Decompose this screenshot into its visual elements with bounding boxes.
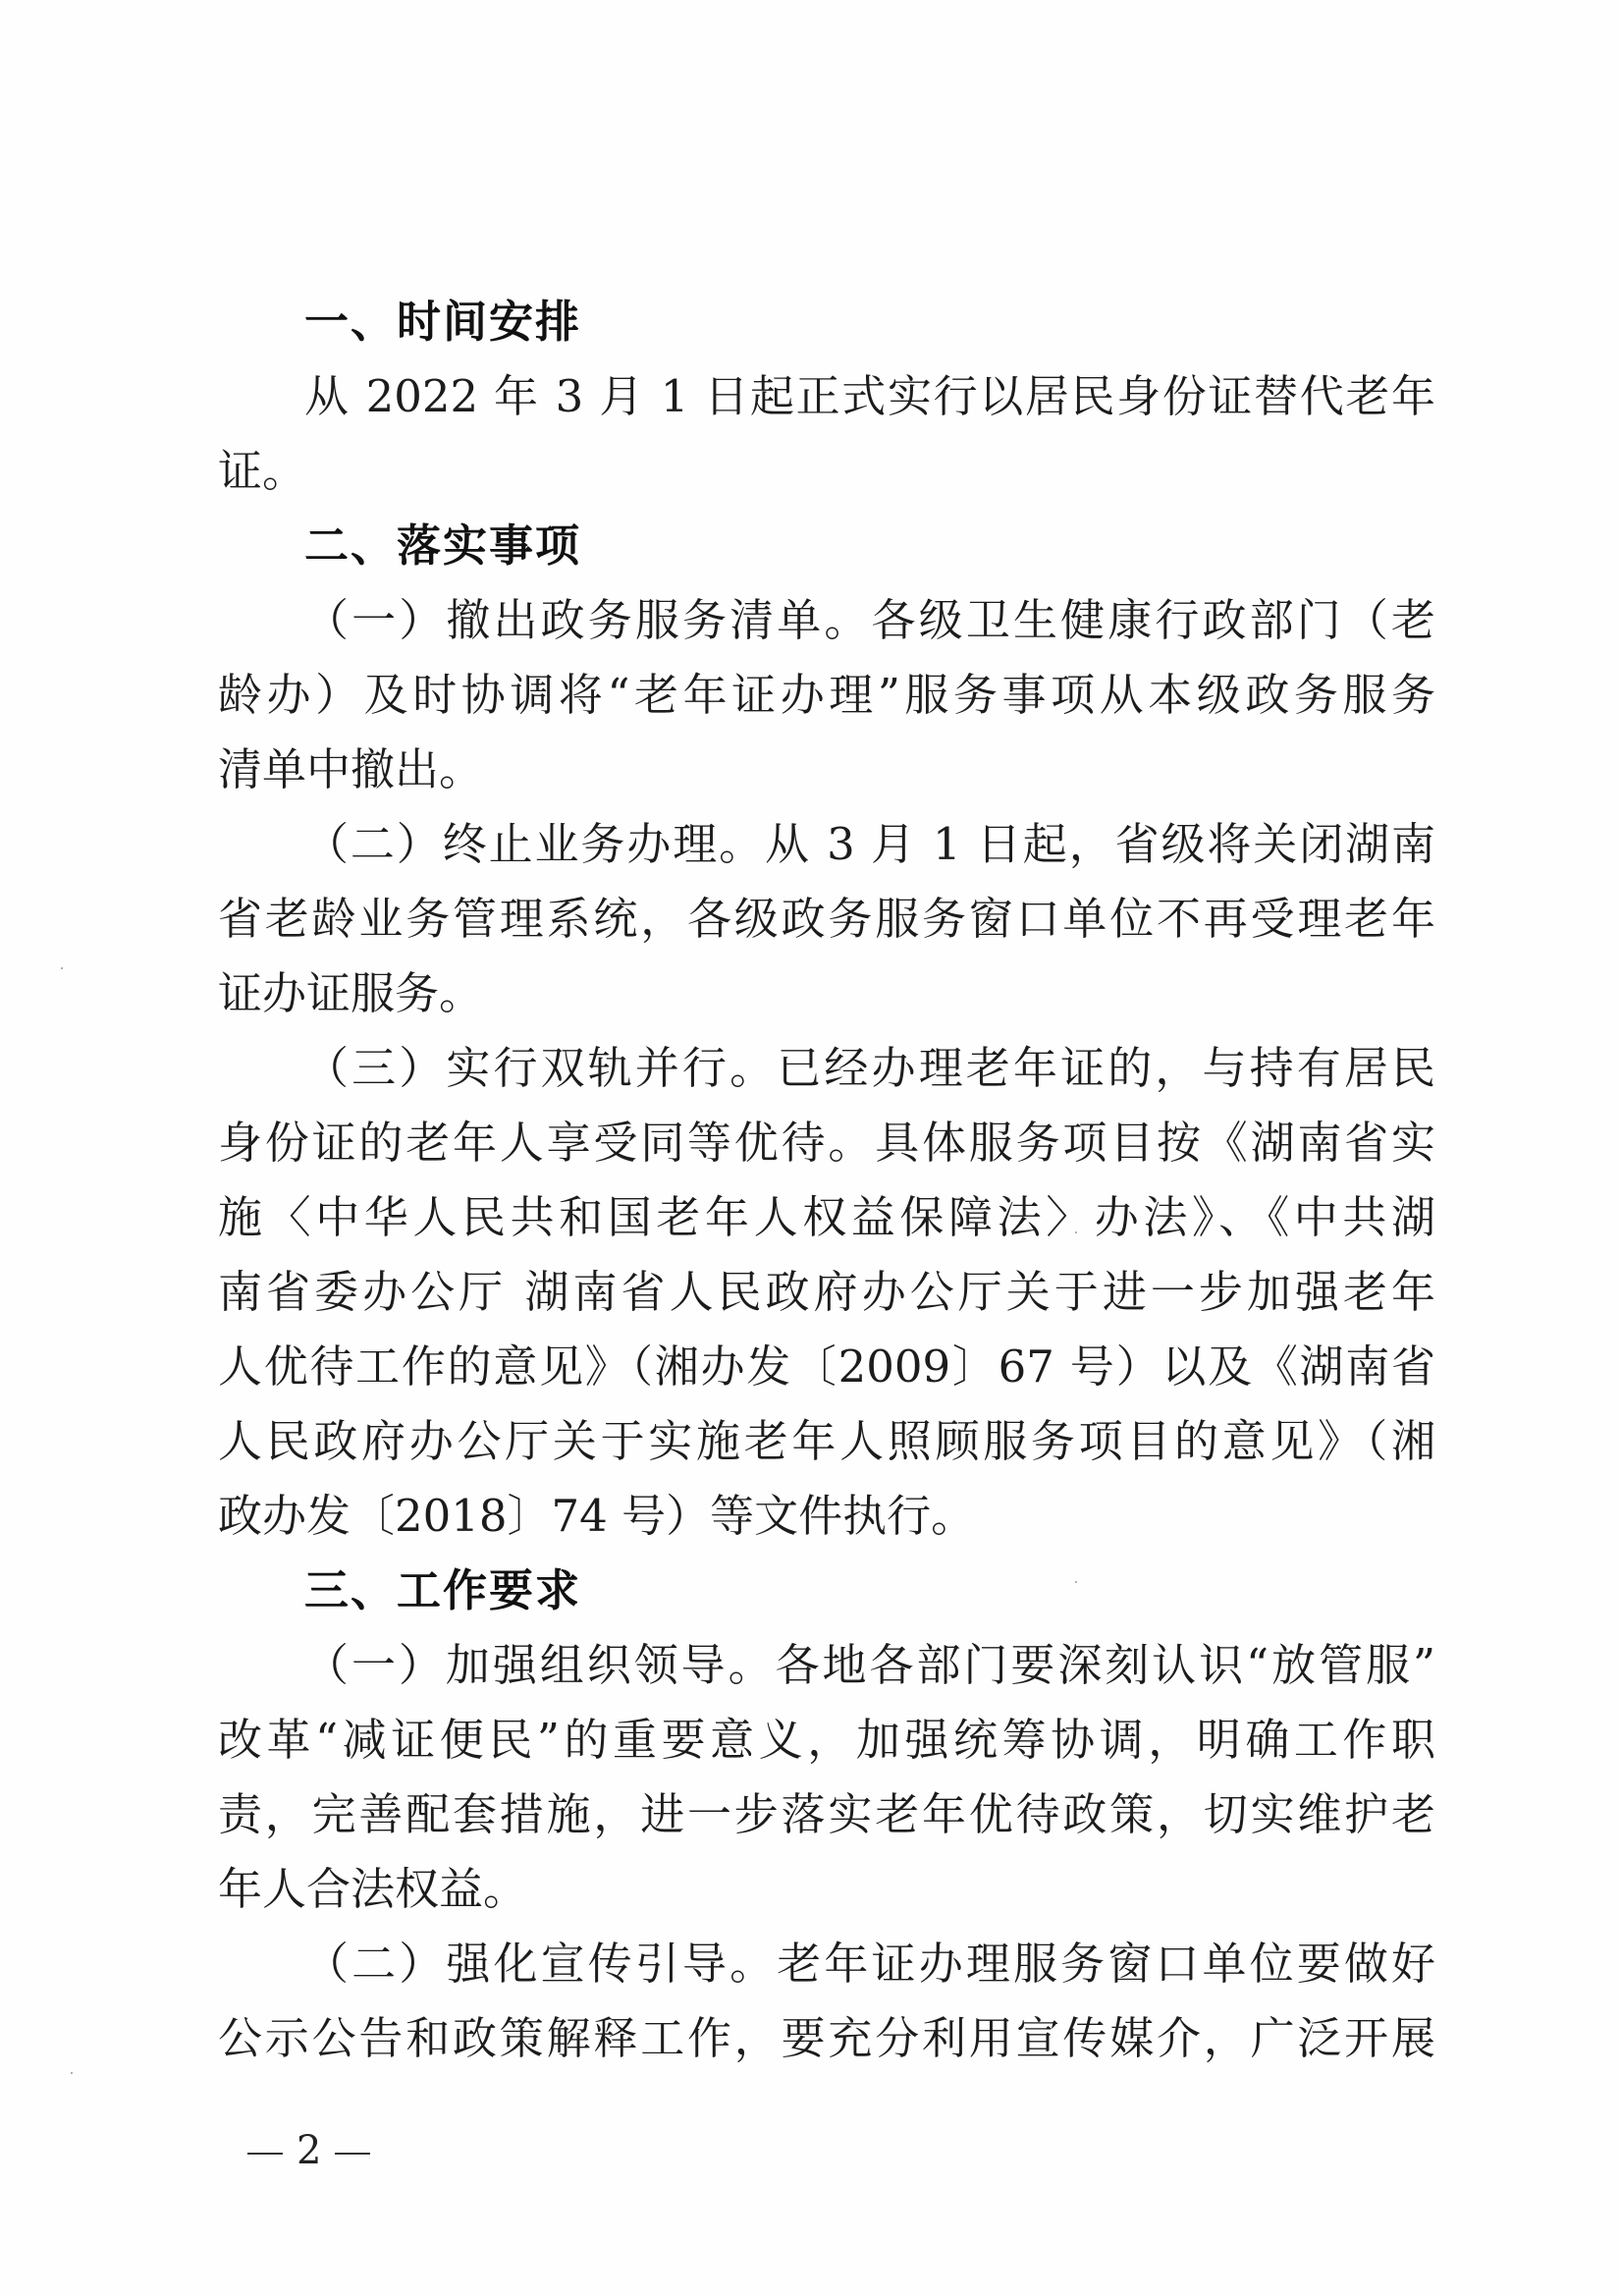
section-heading-implementation: 二、落实事项: [218, 509, 1435, 583]
page-number: 2: [234, 2126, 384, 2175]
scan-speck: [71, 2072, 73, 2074]
text-line: 清单中撤出。: [218, 733, 1435, 807]
text-line: 公示公告和政策解释工作，要充分利用宣传媒介，广泛开展: [218, 2001, 1435, 2076]
scan-speck: [61, 967, 63, 969]
text-line: 人民政府办公厅关于实施老年人照顾服务项目的意见》（湘: [218, 1404, 1435, 1479]
text-line: （二）终止业务办理。从 3 月 1 日起，省级将关闭湖南: [218, 807, 1435, 882]
page-number-value: 2: [297, 2128, 321, 2173]
paragraph: （二）终止业务办理。从 3 月 1 日起，省级将关闭湖南 省老龄业务管理系统，各…: [218, 807, 1435, 1031]
text-line: 龄办）及时协调将“老年证办理”服务事项从本级政务服务: [218, 658, 1435, 733]
paragraph: （一）加强组织领导。各地各部门要深刻认识“放管服” 改革“减证便民”的重要意义，…: [218, 1628, 1435, 1927]
text-line: （二）强化宣传引导。老年证办理服务窗口单位要做好: [218, 1927, 1435, 2001]
text-line: 改革“减证便民”的重要意义，加强统筹协调，明确工作职: [218, 1703, 1435, 1777]
text-line: 省老龄业务管理系统，各级政务服务窗口单位不再受理老年: [218, 882, 1435, 957]
text-line: （一）加强组织领导。各地各部门要深刻认识“放管服”: [218, 1628, 1435, 1703]
dash-left: [247, 2153, 283, 2155]
text-line: 从 2022 年 3 月 1 日起正式实行以居民身份证替代老年: [218, 359, 1435, 434]
text-line: （一）撤出政务服务清单。各级卫生健康行政部门（老: [218, 583, 1435, 658]
paragraph: （三）实行双轨并行。已经办理老年证的，与持有居民 身份证的老年人享受同等优待。具…: [218, 1031, 1435, 1554]
text-line: 南省委办公厅 湖南省人民政府办公厅关于进一步加强老年: [218, 1255, 1435, 1330]
section-heading-work-requirements: 三、工作要求: [218, 1554, 1435, 1628]
document-body: 一、时间安排 从 2022 年 3 月 1 日起正式实行以居民身份证替代老年 证…: [218, 285, 1435, 2076]
paragraph: 从 2022 年 3 月 1 日起正式实行以居民身份证替代老年 证。: [218, 359, 1435, 509]
text-line: 施〈中华人民共和国老年人权益保障法〉办法》、《中共湖: [218, 1180, 1435, 1255]
paragraph: （二）强化宣传引导。老年证办理服务窗口单位要做好 公示公告和政策解释工作，要充分…: [218, 1927, 1435, 2076]
scan-speck: [1075, 1231, 1077, 1233]
dash-right: [335, 2153, 370, 2155]
paragraph: （一）撤出政务服务清单。各级卫生健康行政部门（老 龄办）及时协调将“老年证办理”…: [218, 583, 1435, 807]
document-page: 一、时间安排 从 2022 年 3 月 1 日起正式实行以居民身份证替代老年 证…: [0, 0, 1620, 2296]
text-line: 证办证服务。: [218, 957, 1435, 1031]
section-heading-time-arrangement: 一、时间安排: [218, 285, 1435, 359]
scan-speck: [1075, 1581, 1077, 1583]
text-line: 责，完善配套措施，进一步落实老年优待政策，切实维护老: [218, 1777, 1435, 1852]
text-line: 身份证的老年人享受同等优待。具体服务项目按《湖南省实: [218, 1106, 1435, 1180]
text-line: 年人合法权益。: [218, 1852, 1435, 1927]
text-line: 证。: [218, 434, 1435, 509]
text-line: （三）实行双轨并行。已经办理老年证的，与持有居民: [218, 1031, 1435, 1106]
text-line: 人优待工作的意见》（湘办发〔2009〕67 号）以及《湖南省: [218, 1330, 1435, 1404]
text-line: 政办发〔2018〕74 号）等文件执行。: [218, 1479, 1435, 1554]
